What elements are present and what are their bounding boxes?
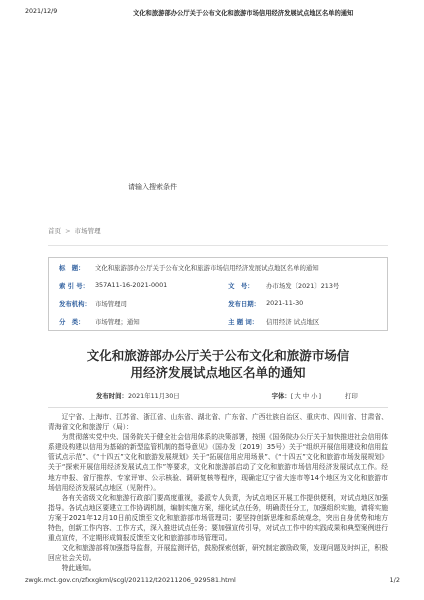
print-header: 2021/12/9 文化和旅游部办公厅关于公布文化和旅游市场信用经济发展试点地区… <box>25 8 399 17</box>
font-size-bracket-close: ] <box>319 392 322 400</box>
meta-subject-value: 信用经济 试点地区 <box>266 312 387 331</box>
meta-row-agency: 发布机构： 市场管理司 发布日期： 2021-11-30 <box>49 294 388 312</box>
meta-index-value: 357A11-16-2021-0001 <box>95 276 214 294</box>
main-content: 首页 > 市场管理 标 题： 文化和旅游部办公厅关于公布文化和旅游市场信用经济发… <box>48 226 388 574</box>
print-button[interactable]: 打印 <box>345 391 358 400</box>
print-footer: zwgk.mct.gov.cn/zfxxgkml/scgl/202112/t20… <box>25 576 400 584</box>
meta-row-index: 索 引 号： 357A11-16-2021-0001 文 号： 办市场发〔202… <box>49 276 388 294</box>
font-size-bracket-open: [ <box>291 392 294 400</box>
article-paragraph: 文化和旅游部将加强指导监督，开展监测评估，鼓励探索创新，研究制定激励政策，发现问… <box>48 543 388 563</box>
meta-title-value: 文化和旅游部办公厅关于公布文化和旅游市场信用经济发展试点地区名单的通知 <box>95 258 388 277</box>
meta-index-label: 索 引 号： <box>49 276 95 294</box>
meta-subject-label: 主 题 词： <box>214 312 266 331</box>
meta-row-category: 分 类： 市场管理；通知 主 题 词： 信用经济 试点地区 <box>49 312 388 331</box>
publish-time-label: 发布时间： <box>96 391 128 400</box>
breadcrumb-divider <box>48 245 388 246</box>
font-size-large-button[interactable]: 大 <box>294 391 300 400</box>
article-paragraph: 各有关省级文化和旅游行政部门要高度重视，委派专人负责，为试点地区开展工作提供便利… <box>48 493 388 543</box>
meta-date-value: 2021-11-30 <box>266 294 387 312</box>
article-paragraph: 为贯彻落实党中央、国务院关于健全社会信用体系的决策部署，按照《国务院办公厅关于加… <box>48 432 388 493</box>
print-header-title: 文化和旅游部办公厅关于公布文化和旅游市场信用经济发展试点地区名单的通知 <box>57 8 399 17</box>
breadcrumb-separator: > <box>65 227 70 235</box>
meta-date-label: 发布日期： <box>214 294 266 312</box>
footer-url: zwgk.mct.gov.cn/zfxxgkml/scgl/202112/t20… <box>25 576 236 584</box>
breadcrumb-home-link[interactable]: 首页 <box>48 227 61 235</box>
breadcrumb: 首页 > 市场管理 <box>48 226 388 235</box>
meta-docno-value: 办市场发〔2021〕213号 <box>266 276 387 294</box>
meta-agency-value: 市场管理司 <box>95 294 214 312</box>
publish-time-value: 2021年11月30日 <box>128 391 180 400</box>
search-placeholder: 请输入搜索条件 <box>128 182 177 192</box>
article-paragraph: 辽宁省、上海市、江苏省、浙江省、山东省、湖北省、广东省、广西壮族自治区、重庆市、… <box>48 412 388 432</box>
font-size-control: 字体： [ 大 中 小 ] <box>272 391 321 400</box>
article-toolbar: 发布时间： 2021年11月30日 字体： [ 大 中 小 ] 打印 <box>48 391 388 400</box>
document-page: 2021/12/9 文化和旅游部办公厅关于公布文化和旅游市场信用经济发展试点地区… <box>0 0 424 600</box>
meta-agency-label: 发布机构： <box>49 294 95 312</box>
font-size-small-button[interactable]: 小 <box>311 391 317 400</box>
print-header-date: 2021/12/9 <box>25 8 57 15</box>
article-paragraph: 特此通知。 <box>48 563 388 573</box>
article-title: 文化和旅游部办公厅关于公布文化和旅游市场信用经济发展试点地区名单的通知 <box>82 347 354 381</box>
meta-docno-label: 文 号： <box>214 276 266 294</box>
search-input[interactable]: 请输入搜索条件 <box>128 180 298 194</box>
meta-title-label: 标 题： <box>49 258 95 277</box>
font-size-medium-button[interactable]: 中 <box>303 391 309 400</box>
title-divider <box>48 407 388 408</box>
font-size-label: 字体： <box>272 391 291 400</box>
meta-category-value: 市场管理；通知 <box>95 312 214 331</box>
document-meta-table: 标 题： 文化和旅游部办公厅关于公布文化和旅游市场信用经济发展试点地区名单的通知… <box>48 257 388 331</box>
meta-row-title: 标 题： 文化和旅游部办公厅关于公布文化和旅游市场信用经济发展试点地区名单的通知 <box>49 258 388 277</box>
breadcrumb-current: 市场管理 <box>75 227 101 235</box>
footer-page-number: 1/2 <box>390 576 400 584</box>
meta-category-label: 分 类： <box>49 312 95 331</box>
article-body: 辽宁省、上海市、江苏省、浙江省、山东省、湖北省、广东省、广西壮族自治区、重庆市、… <box>48 412 388 574</box>
